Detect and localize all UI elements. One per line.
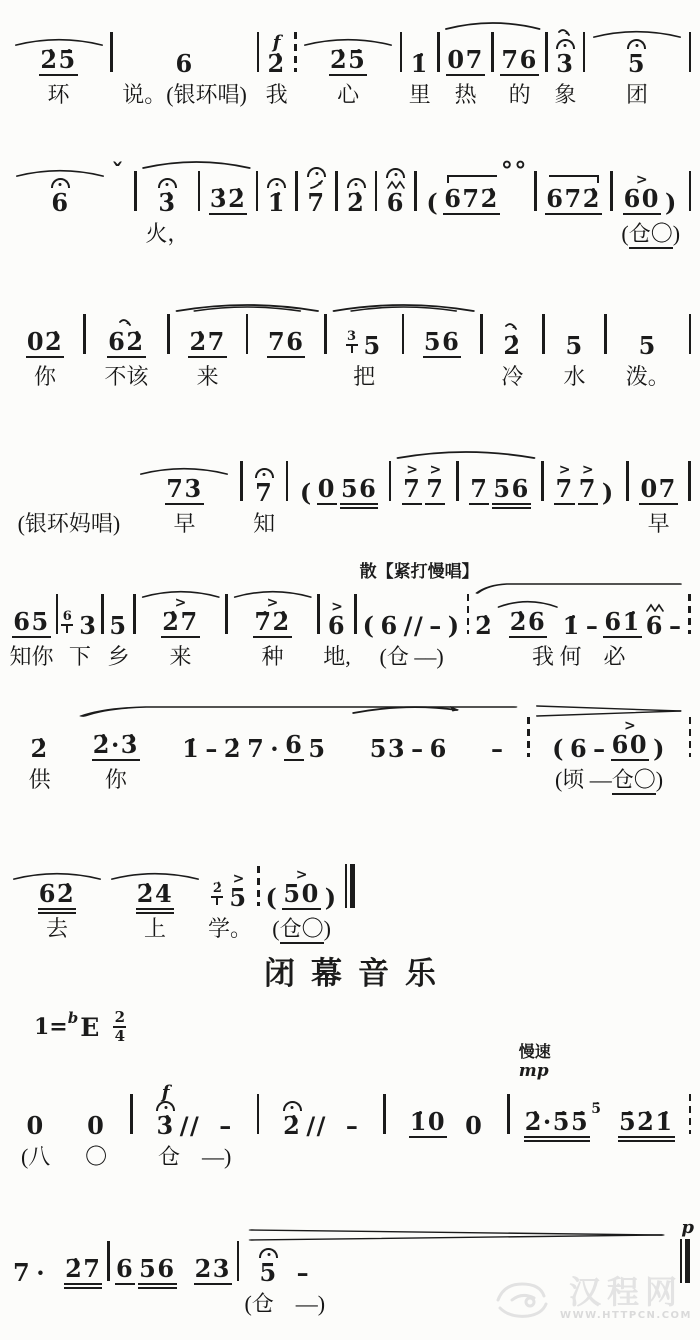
note-text: 2̇5̇	[329, 48, 367, 76]
note-text-wrap: 7	[12, 1261, 32, 1285]
note-text-wrap: 5	[638, 334, 658, 358]
lyrics-row: 知你	[9, 643, 53, 673]
note-token: ∕∕	[305, 1114, 328, 1138]
note-text-wrap: 7	[578, 477, 598, 505]
note-text-wrap: 61̇	[603, 610, 641, 638]
dynamic-marking: f	[273, 36, 281, 50]
group-inner: (6∕∕–)(仓 ––)	[358, 580, 466, 673]
barline	[133, 594, 136, 634]
note-text: –	[585, 614, 601, 638]
note-text: 2̇·3̇	[92, 733, 140, 761]
note-group: >7>7756	[392, 447, 540, 540]
note-token: ∕∕	[403, 614, 426, 638]
measure-cell: 62̇去	[8, 852, 106, 945]
note-text-wrap: 56	[423, 330, 461, 358]
note-text-wrap: 7̇2̇	[253, 610, 291, 638]
notes-row: 07	[639, 447, 677, 505]
note-text-wrap: 1̇0	[409, 1110, 447, 1138]
note-text-wrap: 6	[115, 1257, 135, 1285]
group-overlay	[473, 582, 684, 594]
note-text-wrap: 3̇	[157, 191, 177, 215]
note-token: 7	[246, 737, 266, 761]
note-text-wrap: –	[204, 737, 220, 761]
barline	[437, 32, 440, 72]
note-text: 1̇	[562, 614, 582, 638]
lyric-part: (顷 —	[555, 767, 612, 792]
note-text: ˇ	[110, 161, 126, 185]
note-token: 76	[500, 48, 538, 76]
note-token: 0	[86, 1114, 106, 1138]
fermata-icon	[259, 1248, 278, 1258]
lyrics-row: 团	[626, 81, 648, 111]
note-text: 07	[446, 48, 484, 76]
notes-row: 2̇∕∕–	[282, 1080, 360, 1138]
note-text-wrap: –	[345, 1114, 361, 1138]
notes-row: >7̇2̇	[233, 580, 313, 638]
flat-accidental: b	[68, 1011, 79, 1026]
note-text: 1̇	[181, 737, 201, 761]
note-token: )	[601, 481, 616, 505]
fermata-icon	[156, 1101, 175, 1111]
note-text: 7	[402, 477, 422, 505]
barline	[604, 314, 607, 354]
slur-arc	[15, 168, 105, 177]
note-group: 35把56	[328, 300, 479, 393]
lyrics-row: 泼。	[626, 363, 670, 393]
note-text: 2̇	[502, 334, 522, 358]
note-token: 6	[174, 52, 194, 76]
notes-row: 6	[386, 157, 406, 215]
note-text-wrap: ∕∕	[305, 1114, 328, 1138]
note-text-wrap: 07	[446, 48, 484, 76]
note-token: 672̇	[545, 175, 602, 215]
note-text-wrap: 2̇	[502, 334, 522, 358]
note-token: ∕∕	[179, 1114, 202, 1138]
notes-row: (6∕∕–)	[362, 580, 462, 638]
note-text: 2̇·5̇5̇	[524, 1110, 590, 1138]
note-token: 6	[645, 603, 665, 638]
note-token: °°	[500, 159, 529, 183]
note-text: 56	[138, 1257, 176, 1285]
note-group: 2̇·3̇你1̇–2̇7·6553–6–	[71, 703, 526, 796]
note-token: 56	[423, 330, 461, 358]
tempo-dynamics-stack: 慢速mp	[519, 1044, 551, 1080]
measure-cell: (>50)(仓〇)	[261, 852, 343, 945]
measure-cell: 7·2̇7	[8, 1227, 106, 1320]
lyrics-row: 〇	[85, 1143, 107, 1173]
note-text: 56	[423, 330, 461, 358]
note-text: 61̇	[603, 610, 641, 638]
note-token: 3̇2̇	[209, 187, 247, 215]
note-token: >7	[425, 466, 445, 505]
note-text-wrap: –	[585, 614, 601, 638]
note-text: 1̇	[410, 52, 430, 76]
lyrics-row: 种	[262, 643, 284, 673]
barline	[688, 461, 691, 501]
note-text: 2̇	[282, 1114, 302, 1138]
note-token: 62̇	[107, 318, 145, 358]
measure-cell: 3象	[549, 18, 582, 111]
note-group: 2̇2̇61̇–61̇6–我 何 必	[470, 580, 687, 673]
note-text-wrap: 7	[554, 477, 574, 505]
note-text-wrap: 5	[108, 614, 128, 638]
note-group: 07热76的	[441, 18, 544, 111]
note-text: ∕∕	[179, 1114, 202, 1138]
lyric-part: 仓〇	[280, 916, 324, 944]
lyrics-row: 乡	[108, 643, 130, 673]
key-signature: 1=bE 2 4	[34, 1010, 692, 1044]
lyric-part: )	[656, 767, 663, 792]
notes-row: 0	[26, 1080, 46, 1138]
lyrics-row: 来	[169, 643, 191, 673]
note-token: 56	[340, 477, 378, 505]
note-token: 5	[592, 29, 682, 76]
note-text-wrap: 76	[267, 330, 305, 358]
note-text-wrap: (	[551, 737, 566, 761]
note-token: 1̇	[267, 178, 287, 215]
measure-cell: 2̇>5学。	[204, 852, 256, 945]
note-text: 2̇	[223, 737, 243, 761]
meter-digit: 3	[347, 330, 356, 343]
time-signature: 2 4	[113, 1010, 126, 1044]
lyrics-row: 下	[69, 643, 91, 673]
note-text-wrap: –	[592, 737, 608, 761]
note-text: 0	[86, 1114, 106, 1138]
note-text: 6	[174, 52, 194, 76]
note-text: 73	[165, 477, 203, 505]
measure-cell: 2̇	[339, 157, 374, 250]
note-text: 76	[500, 48, 538, 76]
barline	[130, 1094, 133, 1134]
note-marks	[158, 178, 177, 189]
note-text-wrap: –	[218, 1114, 234, 1138]
dashed-barline	[688, 594, 691, 634]
note-text: 0	[464, 1114, 484, 1138]
barline	[240, 461, 243, 501]
notes-row: 73	[139, 447, 229, 505]
note-token: f2̇	[266, 36, 286, 76]
barline	[83, 314, 86, 354]
note-text-wrap: 6	[327, 614, 347, 638]
note-text-wrap: 07	[639, 477, 677, 505]
note-text: 7	[578, 477, 598, 505]
barline	[402, 314, 405, 354]
measure-cell: 2̇5̇心	[298, 18, 399, 111]
watermark: 汉程网 WWW.HTTPCN.COM	[490, 1274, 692, 1326]
lyrics-row: (八	[21, 1143, 50, 1173]
note-token: 6	[386, 168, 406, 215]
group-slur-icon	[351, 705, 466, 717]
measure-cell: (672̇°°	[418, 157, 533, 250]
notes-row: 3	[555, 18, 575, 76]
note-group: 53–6	[348, 703, 469, 796]
note-token: –	[204, 737, 220, 761]
note-token: 5	[258, 1248, 278, 1285]
note-text-wrap: 02̇	[26, 330, 64, 358]
barline	[110, 32, 113, 72]
note-text-wrap: 3̇	[156, 1114, 176, 1138]
watermark-text: 汉程网 WWW.HTTPCN.COM	[560, 1276, 692, 1324]
notes-row: 2̇>5	[211, 852, 248, 910]
note-token: 2̇	[223, 737, 243, 761]
note-text-wrap: 6	[50, 191, 70, 215]
note-token: 5̇2̇1̇	[618, 1110, 675, 1138]
measure-cell: 73早	[130, 447, 239, 540]
note-token: 07	[639, 477, 677, 505]
note-text-wrap: 1̇	[181, 737, 201, 761]
decrescendo-hairpin-icon	[243, 1229, 675, 1241]
time-signature-beats: 2	[115, 1010, 125, 1025]
measure-cell: 65知你	[8, 580, 55, 673]
measure-cell: 2̇·5̇5̇5̇5̇2̇1̇	[511, 1080, 688, 1173]
tempo-label: 慢速	[519, 1044, 551, 1062]
note-text-wrap: 2̇	[474, 614, 494, 638]
lyrics-row: 热	[455, 81, 477, 111]
lyrics-row: 你	[34, 363, 56, 393]
barline	[689, 171, 692, 211]
barline	[491, 32, 494, 72]
note-text: 02̇	[26, 330, 64, 358]
notes-row: 5	[638, 300, 658, 358]
score-system: (银环妈唱)73早7知(056>7>7756>7>7)07早	[8, 447, 692, 540]
measure-cell: (056	[289, 447, 388, 540]
note-text-wrap: )	[324, 886, 339, 910]
note-text: 7	[254, 481, 274, 505]
lyrics-row: 水	[564, 363, 586, 393]
barline	[383, 1094, 386, 1134]
note-group: 散【紧打慢唱】(6∕∕–)(仓 ––)	[358, 580, 466, 673]
note-text: –	[490, 737, 506, 761]
fermata-icon	[283, 1101, 302, 1111]
note-text-wrap: 60	[623, 187, 661, 215]
note-token: –	[410, 737, 426, 761]
measure-cell: >2̇7来	[137, 580, 225, 673]
measure-cell: 6	[378, 157, 413, 250]
note-text-wrap: 2̇5̇	[329, 48, 367, 76]
note-text: –	[345, 1114, 361, 1138]
note-text: 5	[638, 334, 658, 358]
note-text: 6	[569, 737, 589, 761]
group-overlay	[174, 302, 321, 314]
note-token: 5	[638, 334, 658, 358]
meter-tbar-icon	[346, 344, 358, 354]
measure-cell: 7知	[244, 447, 285, 540]
measure-cell: (银环妈唱)	[8, 447, 130, 540]
note-text: 2̇5̇	[39, 48, 77, 76]
note-token: 1̇	[562, 614, 582, 638]
meter-tbar-icon	[211, 896, 223, 906]
note-token: 02̇	[26, 330, 64, 358]
note-text: 3	[555, 52, 575, 76]
barline-thick	[350, 864, 355, 908]
lyrics-row: 冷	[501, 363, 523, 393]
note-text-wrap: ·	[269, 737, 281, 761]
note-text-wrap: 2̇	[346, 191, 366, 215]
note-token: 6	[429, 737, 449, 761]
note-text: 7	[12, 1261, 32, 1285]
barline	[257, 1094, 260, 1134]
note-text-wrap: 6	[645, 614, 665, 638]
note-text-wrap: 2̇	[266, 52, 286, 76]
lyric-part: (	[272, 916, 279, 941]
note-text: 56	[340, 477, 378, 505]
note-token: 7	[12, 1261, 32, 1285]
notes-row: 2̇	[346, 157, 366, 215]
note-text-wrap: )	[601, 481, 616, 505]
dynamic-marking: p	[681, 1219, 694, 1237]
measure-cell: 0(八	[8, 1080, 63, 1173]
lyrics-row: 供	[29, 766, 51, 796]
meter-change-symbol: 6	[61, 610, 73, 634]
hook	[558, 28, 572, 38]
measure-cell: 5团	[586, 18, 687, 111]
notes-row: 7·2̇7	[12, 1227, 102, 1285]
lyrics-row: 象	[554, 81, 576, 111]
meter-digit: 2̇	[213, 882, 222, 895]
measure-cell: 6说。(银环唱)	[114, 18, 256, 111]
note-token: ˇ	[110, 161, 126, 185]
measure-cell: 672̇	[538, 157, 610, 250]
dashed-barline	[294, 32, 297, 72]
note-marks	[267, 178, 286, 189]
note-text: –	[410, 737, 426, 761]
barline	[295, 171, 298, 211]
note-text-wrap: 56	[340, 477, 378, 505]
note-text-wrap: 5̇2̇1̇	[618, 1110, 675, 1138]
note-token: 6	[379, 614, 399, 638]
score-system: 6ˇ3̇火，3̇2̇1̇72̇6(672̇°°672̇>60)(仓〇)	[8, 157, 692, 250]
notes-row: 02̇	[26, 300, 64, 358]
note-text: 2̇	[474, 614, 494, 638]
note-text-wrap: 2̇4	[136, 882, 174, 910]
note-text-wrap: 7	[246, 737, 266, 761]
note-text-wrap: 2̇·3̇	[92, 733, 140, 761]
note-text-wrap: 3	[78, 614, 98, 638]
fermata-icon	[255, 468, 274, 478]
note-text-wrap: 60	[611, 733, 649, 761]
lyrics-row: 知	[253, 510, 275, 540]
note-text-wrap: 23	[194, 1257, 232, 1285]
note-text-wrap: 7	[306, 191, 326, 215]
lyrics-row: 环	[48, 81, 70, 111]
note-text: 2̇	[346, 191, 366, 215]
lyric-part: )	[673, 221, 680, 246]
note-text: 2̇6	[509, 610, 547, 638]
note-token: 6	[115, 1257, 135, 1285]
note-token: 7	[254, 468, 274, 505]
note-token: 2̇	[282, 1101, 302, 1138]
lyrics-row: 我	[266, 81, 288, 111]
note-text-wrap: 7	[254, 481, 274, 505]
note-token: 2̇5̇	[303, 37, 393, 76]
note-token: )	[664, 191, 679, 215]
barline	[375, 171, 378, 211]
barline	[545, 32, 548, 72]
notes-row: 2̇5̇	[303, 18, 393, 76]
measure-cell: 0〇	[63, 1080, 129, 1173]
score-system: 65知你63下5乡>2̇7来>7̇2̇种>6地,散【紧打慢唱】(6∕∕–)(仓 …	[8, 580, 692, 673]
group-inner: 2̇·5̇5̇5̇5̇2̇1̇	[511, 1080, 688, 1173]
dashed-barline	[689, 1094, 692, 1134]
measure-cell: 5乡	[105, 580, 132, 673]
note-token: 6	[284, 733, 304, 761]
note-group: 2̇7来76	[171, 300, 324, 393]
lyrics-row: 心	[337, 81, 359, 111]
measure-cell: 2̇冷	[484, 300, 542, 393]
note-marks: >	[233, 589, 313, 608]
note-marks	[255, 468, 274, 479]
note-text: 3̇2̇	[209, 187, 247, 215]
note-text: 65	[12, 610, 50, 638]
note-text-wrap: 73	[165, 477, 203, 505]
fermata-icon	[267, 178, 286, 188]
note-text-wrap: 3̇2̇	[209, 187, 247, 215]
measure-cell: 02̇你	[8, 300, 82, 393]
note-text: 7	[306, 191, 326, 215]
note-text-wrap: –	[428, 614, 444, 638]
note-text-wrap: –	[296, 1261, 312, 1285]
note-text-wrap: 76	[500, 48, 538, 76]
note-text: 60	[611, 733, 649, 761]
note-text-wrap: 5	[307, 737, 327, 761]
note-text-wrap: 5	[363, 334, 383, 358]
measure-cell: 2̇供	[8, 703, 71, 796]
note-token: >7̇2̇	[233, 589, 313, 638]
note-text-wrap: (	[265, 886, 280, 910]
bracket-left-icon	[447, 175, 497, 183]
note-text-wrap: 56	[492, 477, 530, 505]
lyrics-row: 去	[46, 915, 68, 945]
fermata-icon	[347, 178, 366, 188]
note-text: 53	[369, 737, 407, 761]
barline	[541, 461, 544, 501]
group-slur-icon	[395, 449, 537, 461]
notes-row: (056	[299, 447, 378, 505]
note-token: (	[362, 614, 377, 638]
notes-row: f2̇	[266, 18, 286, 76]
note-token: 2̇	[29, 737, 49, 761]
note-token: ·	[269, 737, 281, 761]
note-text-wrap: 2̇	[223, 737, 243, 761]
note-marks	[592, 29, 682, 50]
note-text: (	[425, 191, 440, 215]
note-text: 62̇	[38, 882, 76, 910]
note-text-wrap: 672̇	[545, 187, 602, 215]
note-text-wrap: 1̇	[410, 52, 430, 76]
lyrics-row: 不该	[104, 363, 148, 393]
note-token: 3	[555, 28, 575, 76]
note-token: 73	[139, 466, 229, 505]
note-text-wrap: (	[299, 481, 314, 505]
note-text: 5	[363, 334, 383, 358]
note-token: 65	[12, 610, 50, 638]
note-text: )	[447, 614, 462, 638]
barline	[107, 1241, 110, 1281]
note-text: 60	[623, 187, 661, 215]
slur-icon	[15, 168, 105, 177]
barline	[689, 32, 692, 72]
note-text: 76	[267, 330, 305, 358]
note-text-wrap: (	[362, 614, 377, 638]
note-token: 07	[446, 48, 484, 76]
note-marks	[386, 168, 405, 189]
notes-row: >2̇7	[141, 580, 221, 638]
barline-thin	[345, 864, 347, 908]
group-slur-icon	[141, 159, 252, 171]
group-overlay	[243, 1229, 675, 1241]
fermata-icon	[158, 178, 177, 188]
measure-cell: f2̇我	[260, 18, 293, 111]
